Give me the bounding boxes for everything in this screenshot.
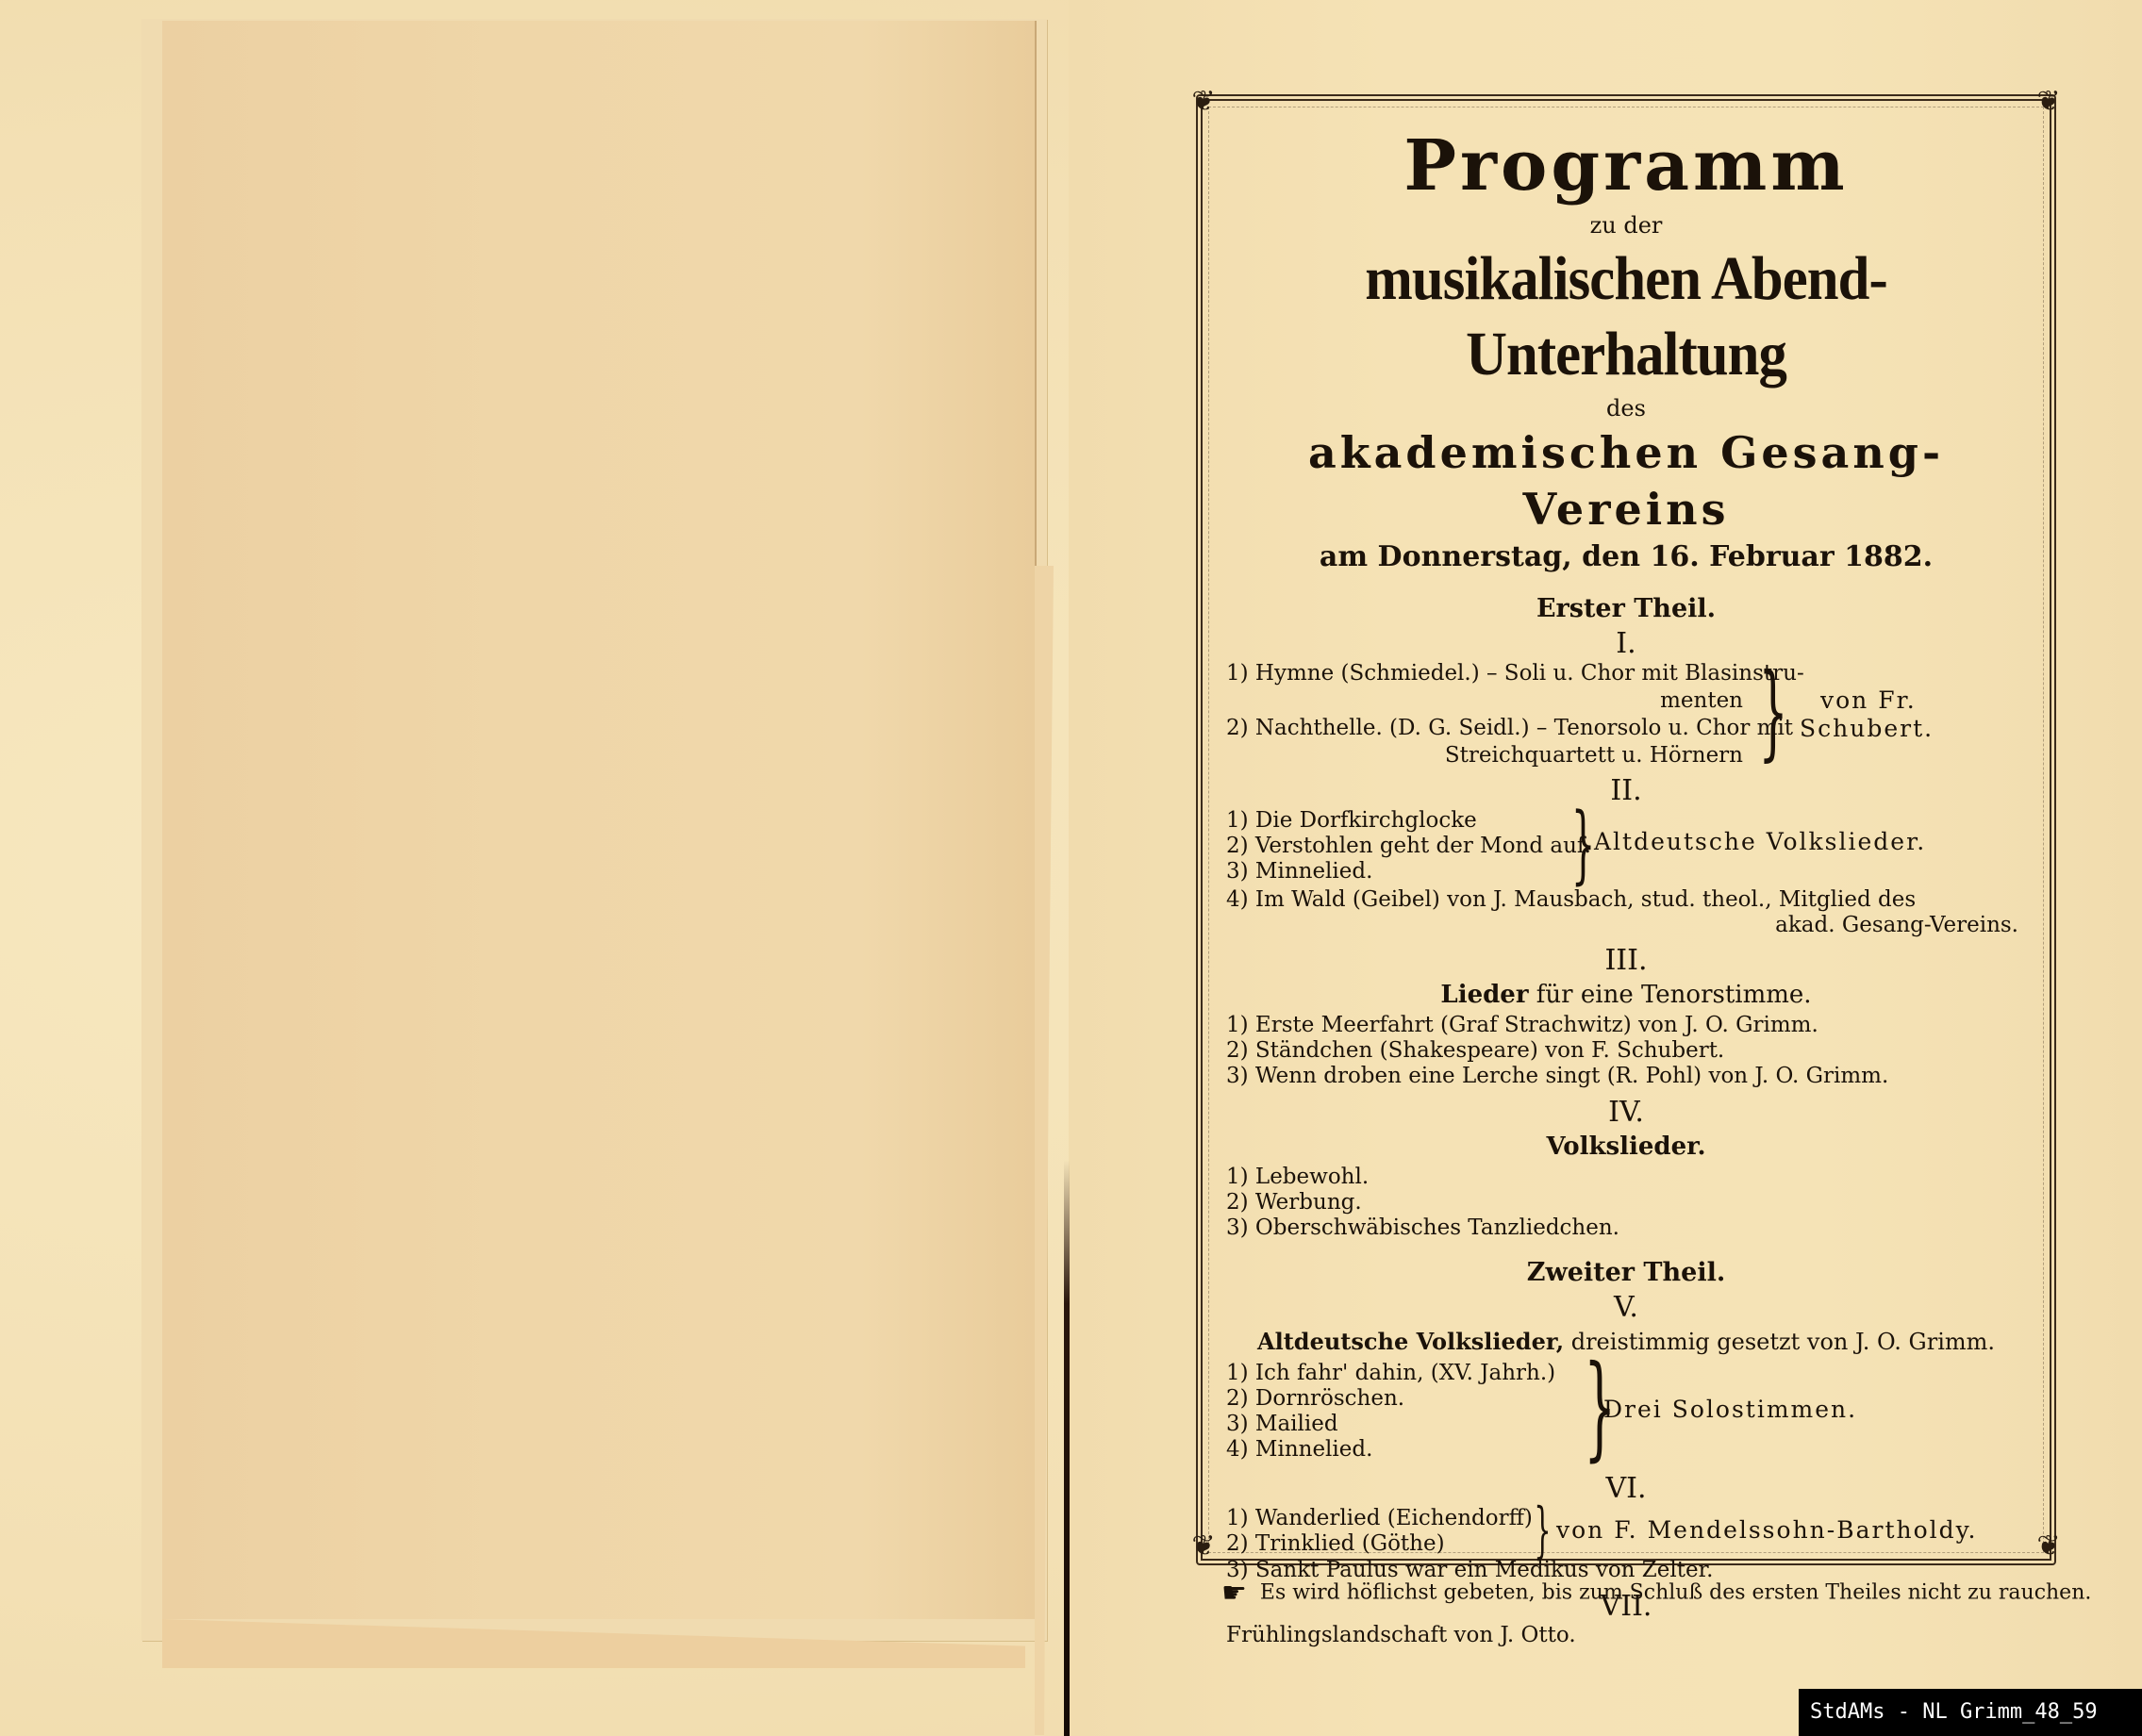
footer-note: ☛Es wird höflichst gebeten, bis zum Schl… [1221,1577,2070,1610]
list-item: 1) Erste Meerfahrt (Graf Strachwitz) von… [1226,1013,2035,1038]
list-item: 1) Die Dorfkirchglocke [1226,807,1477,835]
corner-ornament-icon: ❦ [2032,85,2066,119]
section-numeral-II: II. [1217,775,2035,807]
brace-icon: } [1758,654,1788,768]
left-page-blank [162,21,1037,1619]
pointing-hand-icon: ☛ [1221,1577,1247,1610]
composer-line: Schubert. [1800,715,1934,742]
section-numeral-IV: IV. [1217,1097,2035,1129]
event-title: musikalischen Abend-Unterhaltung [1250,241,2003,392]
list-item: 3) Mailied [1226,1411,1338,1438]
section-numeral-VI: VI. [1217,1473,2035,1505]
program-content: Programm zu der musikalischen Abend-Unte… [1217,111,2035,1648]
group-label: Altdeutsche Volkslieder. [1594,828,1926,855]
organizer-name: akademischen Gesang-Vereins [1217,424,2035,537]
section-V-block: 1) Ich fahr' dahin, (XV. Jahrh.) 2) Dorn… [1217,1360,2035,1465]
section-VII-list: Frühlingslandschaft von J. Otto. [1226,1623,2035,1648]
section-V-subtitle: Altdeutsche Volkslieder, dreistimmig ges… [1217,1324,2035,1360]
list-item: 2) Ständchen (Shakespeare) von F. Schube… [1226,1038,2035,1064]
list-item: 1) Hymne (Schmiedel.) – Soli u. Chor mit… [1226,660,1804,687]
list-item: 4) Im Wald (Geibel) von J. Mausbach, stu… [1226,886,1916,914]
composer-line: von Fr. [1820,686,1917,714]
section-I-block: 1) Hymne (Schmiedel.) – Soli u. Chor mit… [1217,660,2035,769]
section-IV-subtitle: Volkslieder. [1217,1129,2035,1165]
subtitle-rest: für eine Tenorstimme. [1529,981,1812,1009]
list-item: 4) Minnelied. [1226,1436,1372,1463]
list-item-continuation: menten [1660,687,1743,715]
program-heading: Programm [1217,123,2035,209]
list-item-continuation: Streichquartett u. Hörnern [1445,742,1743,769]
subtitle-bold: Altdeutsche Volkslieder, [1257,1328,1564,1355]
section-II-block: 1) Die Dorfkirchglocke 2) Verstohlen geh… [1217,807,2035,886]
brace-icon: } [1571,800,1596,890]
corner-ornament-icon: ❦ [1187,1529,1220,1563]
section-IV-list: 1) Lebewohl. 2) Werbung. 3) Oberschwäbis… [1226,1165,2035,1241]
footer-note-text: Es wird höflichst gebeten, bis zum Schlu… [1260,1581,2091,1605]
section-numeral-I: I. [1217,628,2035,660]
part-two-label: Zweiter Theil. [1217,1254,2035,1292]
corner-ornament-icon: ❦ [1187,85,1220,119]
list-item: 3) Oberschwäbisches Tanzliedchen. [1226,1215,2035,1241]
list-item: 3) Wenn droben eine Lerche singt (R. Poh… [1226,1064,2035,1089]
group-label: von F. Mendelssohn-Bartholdy. [1556,1516,1977,1544]
archive-watermark: StdAMs - NL Grimm_48_59 [1799,1689,2142,1736]
list-item: 2) Nachthelle. (D. G. Seidl.) – Tenorsol… [1226,715,1793,742]
part-one-label: Erster Theil. [1217,590,2035,628]
list-item-continuation: akad. Gesang-Vereins. [1775,912,2018,939]
list-item: 2) Werbung. [1226,1190,2035,1215]
list-item: 2) Verstohlen geht der Mond auf. [1226,833,1591,860]
corner-ornament-icon: ❦ [2032,1529,2066,1563]
subtitle-bold: Lieder [1440,981,1528,1009]
section-III-subtitle: Lieder für eine Tenorstimme. [1217,977,2035,1013]
section-numeral-III: III. [1217,945,2035,977]
subheading-zu-der: zu der [1217,209,2035,241]
list-item: 2) Trinklied (Göthe) [1226,1530,1445,1558]
book-gutter [1064,1160,1070,1736]
list-item: 1) Lebewohl. [1226,1165,2035,1190]
group-label: Drei Solostimmen. [1603,1396,1857,1423]
list-item: Frühlingslandschaft von J. Otto. [1226,1623,2035,1648]
section-VI-block: 1) Wanderlied (Eichendorff) 2) Trinklied… [1217,1505,2035,1558]
list-item: 2) Dornröschen. [1226,1385,1404,1413]
event-date: am Donnerstag, den 16. Februar 1882. [1217,537,2035,577]
list-item: 1) Wanderlied (Eichendorff) [1226,1505,1533,1532]
list-item: 1) Ich fahr' dahin, (XV. Jahrh.) [1226,1360,1555,1387]
brace-icon: } [1534,1497,1551,1563]
section-III-list: 1) Erste Meerfahrt (Graf Strachwitz) von… [1226,1013,2035,1089]
subtitle-rest: dreistimmig gesetzt von J. O. Grimm. [1564,1329,1995,1355]
list-item: 3) Minnelied. [1226,858,1372,885]
section-II-item4: 4) Im Wald (Geibel) von J. Mausbach, stu… [1217,886,2035,941]
subheading-des: des [1217,392,2035,424]
section-numeral-V: V. [1217,1292,2035,1324]
